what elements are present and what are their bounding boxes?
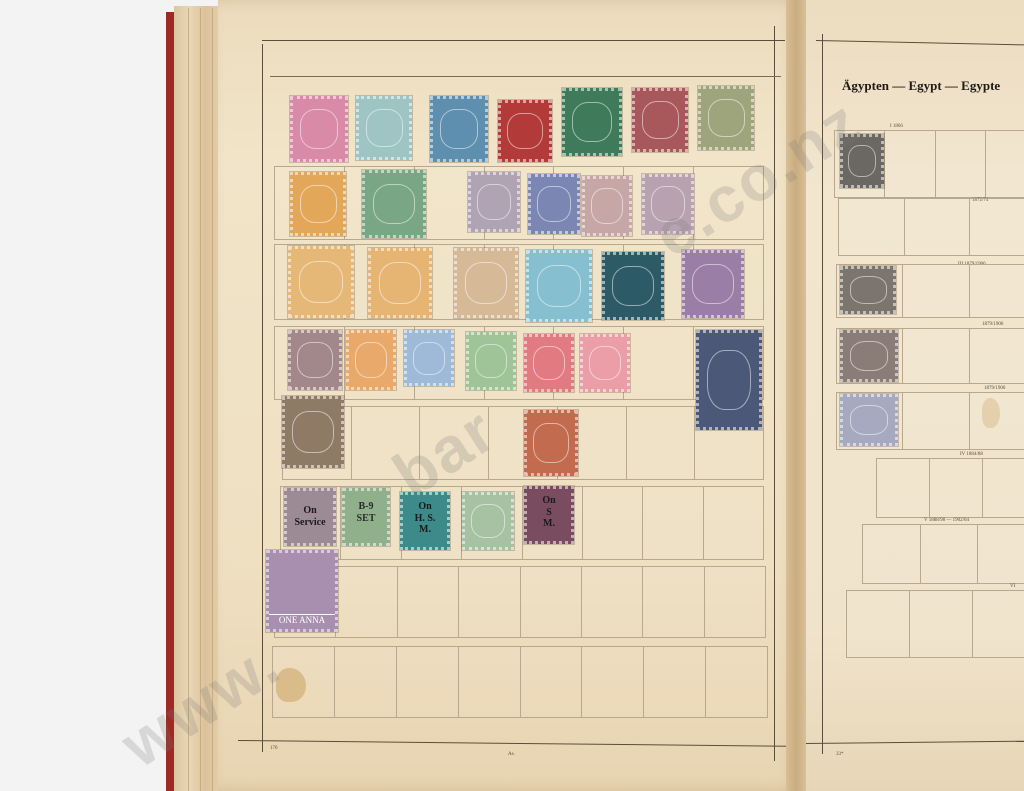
- section-label: V 1888/98 — 1902/04: [924, 518, 969, 523]
- stamp[interactable]: [528, 174, 580, 234]
- stamp-portrait-icon: [292, 411, 333, 454]
- album-row-frame: [846, 590, 1024, 658]
- stamp-design-icon: [572, 102, 612, 142]
- stamp[interactable]: ONE ANNA: [266, 550, 338, 632]
- stamp-overprinted[interactable]: On Service: [284, 488, 336, 546]
- bottom-rule: [806, 741, 1024, 744]
- stamp[interactable]: [288, 330, 342, 390]
- sphinx-pyramid-icon: [850, 341, 888, 372]
- stamp[interactable]: [524, 410, 578, 476]
- album-row-frame: [282, 406, 764, 480]
- paper-stain: [982, 398, 1000, 428]
- section-label: I 1866: [890, 124, 903, 129]
- stamp[interactable]: [602, 252, 664, 320]
- stamp-design-icon: [477, 184, 511, 219]
- section-label: 1879/1906: [984, 386, 1005, 391]
- stamp-overprinted[interactable]: On S M.: [524, 486, 574, 544]
- stamp-design-icon: [297, 342, 333, 377]
- section-label: IV 1884/88: [960, 452, 983, 457]
- stamp[interactable]: [288, 246, 354, 318]
- stamp-egypt-sphinx[interactable]: [840, 266, 896, 314]
- stamp-design-icon: [379, 262, 422, 304]
- stamp-overprinted[interactable]: B-9 SET: [342, 488, 390, 546]
- top-rule: [262, 40, 785, 41]
- stamp-design-icon: [413, 342, 446, 375]
- stamp[interactable]: [466, 332, 516, 390]
- stamp-design-icon: [355, 342, 388, 377]
- country-heading: Ägypten — Egypt — Egypte: [842, 78, 1000, 94]
- stamp-design-icon: [533, 346, 566, 380]
- stamp-design-icon: [589, 346, 622, 380]
- stamp-design-icon: [537, 265, 581, 308]
- overprint-text: On Service: [287, 505, 333, 528]
- section-label: VI: [1010, 584, 1015, 589]
- stamp-design-icon: [475, 344, 508, 378]
- stamp-egypt-sphinx[interactable]: [840, 394, 898, 446]
- stamp[interactable]: [368, 248, 432, 318]
- stamp[interactable]: [696, 330, 762, 430]
- stamp-design-icon: [612, 266, 653, 306]
- stamp-design-icon: [507, 113, 543, 150]
- stamp-value-text: ONE ANNA: [269, 614, 335, 625]
- stamp[interactable]: [290, 96, 348, 162]
- sphinx-pyramid-icon: [850, 276, 887, 304]
- section-label: 1879/1906: [982, 322, 1003, 327]
- stamp[interactable]: [498, 100, 552, 162]
- stamp[interactable]: [454, 248, 518, 318]
- stamp-design-icon: [465, 262, 508, 304]
- stamp[interactable]: [282, 396, 344, 468]
- album-row-frame: [876, 458, 1024, 518]
- stamp-design-icon: [471, 504, 505, 538]
- stamp-design-icon: [366, 109, 403, 147]
- stamp-design-icon: [533, 423, 569, 462]
- stamp[interactable]: [430, 96, 488, 162]
- stamp[interactable]: [580, 334, 630, 392]
- stamp-egypt-sphinx[interactable]: [840, 330, 898, 382]
- cancel-mark-text: B-9 SET: [345, 501, 387, 524]
- stamp[interactable]: [526, 250, 592, 322]
- stamp-design-icon: [708, 99, 745, 137]
- stamp[interactable]: [632, 88, 688, 152]
- page-footer-label: As.: [508, 752, 515, 757]
- stamp[interactable]: [362, 170, 426, 238]
- overprint-text: On S M.: [527, 495, 571, 530]
- inner-top-rule: [270, 76, 781, 77]
- sphinx-pyramid-icon: [850, 405, 888, 436]
- stamp[interactable]: [562, 88, 622, 156]
- album-row-frame: [274, 566, 766, 638]
- album-row-frame: [272, 646, 768, 718]
- stamp-design-icon: [642, 101, 679, 139]
- top-rule: [816, 40, 1024, 45]
- bottom-rule: [238, 740, 788, 747]
- stamp-design-icon: [300, 109, 338, 148]
- stamp-design-icon: [300, 185, 337, 223]
- page-number: 170: [270, 746, 278, 751]
- stamp[interactable]: [462, 492, 514, 550]
- stamp-design-icon: [373, 184, 416, 224]
- dove-stamp-icon: [707, 350, 751, 410]
- stamp-design-icon: [299, 261, 343, 304]
- stamp-design-icon: [537, 186, 571, 221]
- stamp[interactable]: [346, 330, 396, 390]
- stamp[interactable]: [524, 334, 574, 392]
- stamp[interactable]: [582, 176, 632, 236]
- stamp[interactable]: [404, 330, 454, 386]
- page-number: 33*: [836, 752, 844, 757]
- book-spine-binding: [166, 12, 174, 791]
- left-album-page: On Service B-9 SET On H. S. M. On S M. O…: [218, 0, 800, 791]
- album-row-frame: [838, 198, 1024, 256]
- stamp-design-icon: [692, 264, 733, 304]
- stamp[interactable]: [356, 96, 412, 160]
- stamp-design-icon: [440, 109, 478, 148]
- stamp-design-icon: [591, 188, 624, 223]
- stamp[interactable]: [468, 172, 520, 232]
- stamp[interactable]: [290, 172, 346, 236]
- album-row-frame: [862, 524, 1024, 584]
